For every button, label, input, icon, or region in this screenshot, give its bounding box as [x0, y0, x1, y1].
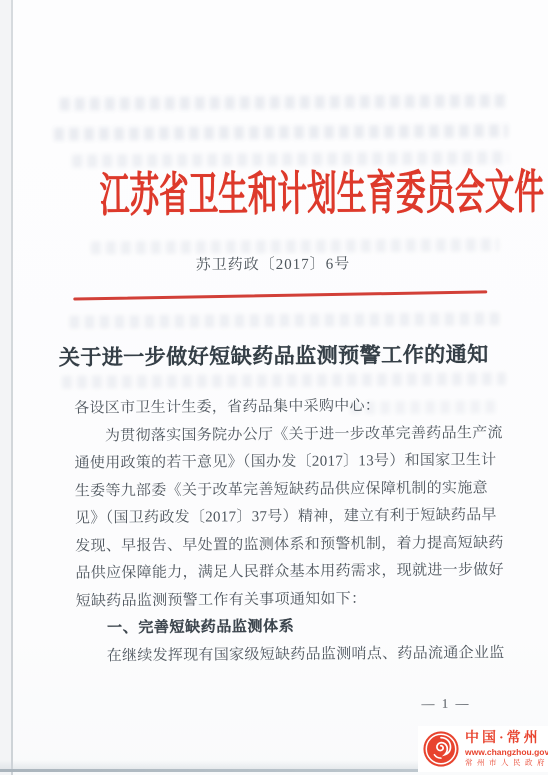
body-line: 生委等九部委《关于改革完善短缺药品供应保障机制的实施意 [75, 475, 493, 506]
bleed-through-text [54, 124, 508, 141]
bleed-through-text [60, 94, 508, 111]
watermark-subtitle: 常州市人民政府 [465, 759, 548, 767]
section-first-line: 在继续发挥现有国家级短缺药品监测哨点、药品流通企业监 [76, 640, 494, 671]
body-line: 为贯彻落实国务院办公厅《关于进一步改革完善药品生产流 [74, 420, 492, 451]
salutation-line: 各设区市卫生计生委，省药品集中采购中心： [74, 392, 492, 423]
bleed-through-text [69, 312, 499, 328]
scanned-document-page: 江苏省卫生和计划生育委员会文件 苏卫药政〔2017〕6号 关于进一步做好短缺药品… [0, 0, 548, 775]
body-line: 通使用政策的若干意见》（国办发〔2017〕13号）和国家卫生计 [74, 447, 492, 478]
watermark-url: www.changzhou.gov.cn [465, 748, 548, 757]
agency-masthead: 江苏省卫生和计划生育委员会文件 [100, 167, 446, 224]
document-title: 关于进一步做好短缺药品监测预警工作的通知 [0, 338, 548, 372]
changzhou-gov-watermark: 中国·常州 www.changzhou.gov.cn 常州市人民政府 [418, 726, 548, 772]
document-number: 苏卫药政〔2017〕6号 [0, 251, 547, 276]
body-line: 发现、早报告、早处置的监测体系和预警机制，着力提高短缺药 [75, 530, 493, 561]
body-line: 见》（国卫药政发〔2017〕37号）精神，建立有利于短缺药品早 [75, 502, 493, 533]
page-number: — 1 — [2, 695, 470, 715]
watermark-title: 中国·常州 [465, 732, 548, 746]
red-divider-line [73, 290, 487, 300]
document-body: 各设区市卫生计生委，省药品集中采购中心： 为贯彻落实国务院办公厅《关于进一步改革… [74, 392, 494, 670]
body-line: 短缺药品监测预警工作有关事项通知如下： [76, 585, 494, 616]
document-content: 江苏省卫生和计划生育委员会文件 苏卫药政〔2017〕6号 关于进一步做好短缺药品… [0, 0, 548, 775]
bleed-through-text [72, 151, 508, 167]
bleed-through-text [62, 372, 506, 388]
section-heading: 一、完善短缺药品监测体系 [76, 612, 494, 643]
watermark-text: 中国·常州 www.changzhou.gov.cn 常州市人民政府 [465, 732, 548, 766]
dragon-seal-icon [422, 730, 460, 768]
main-paragraph: 为贯彻落实国务院办公厅《关于进一步改革完善药品生产流通使用政策的若干意见》（国办… [74, 420, 493, 616]
body-line: 品供应保障能力，满足人民群众基本用药需求，现就进一步做好 [75, 557, 493, 588]
